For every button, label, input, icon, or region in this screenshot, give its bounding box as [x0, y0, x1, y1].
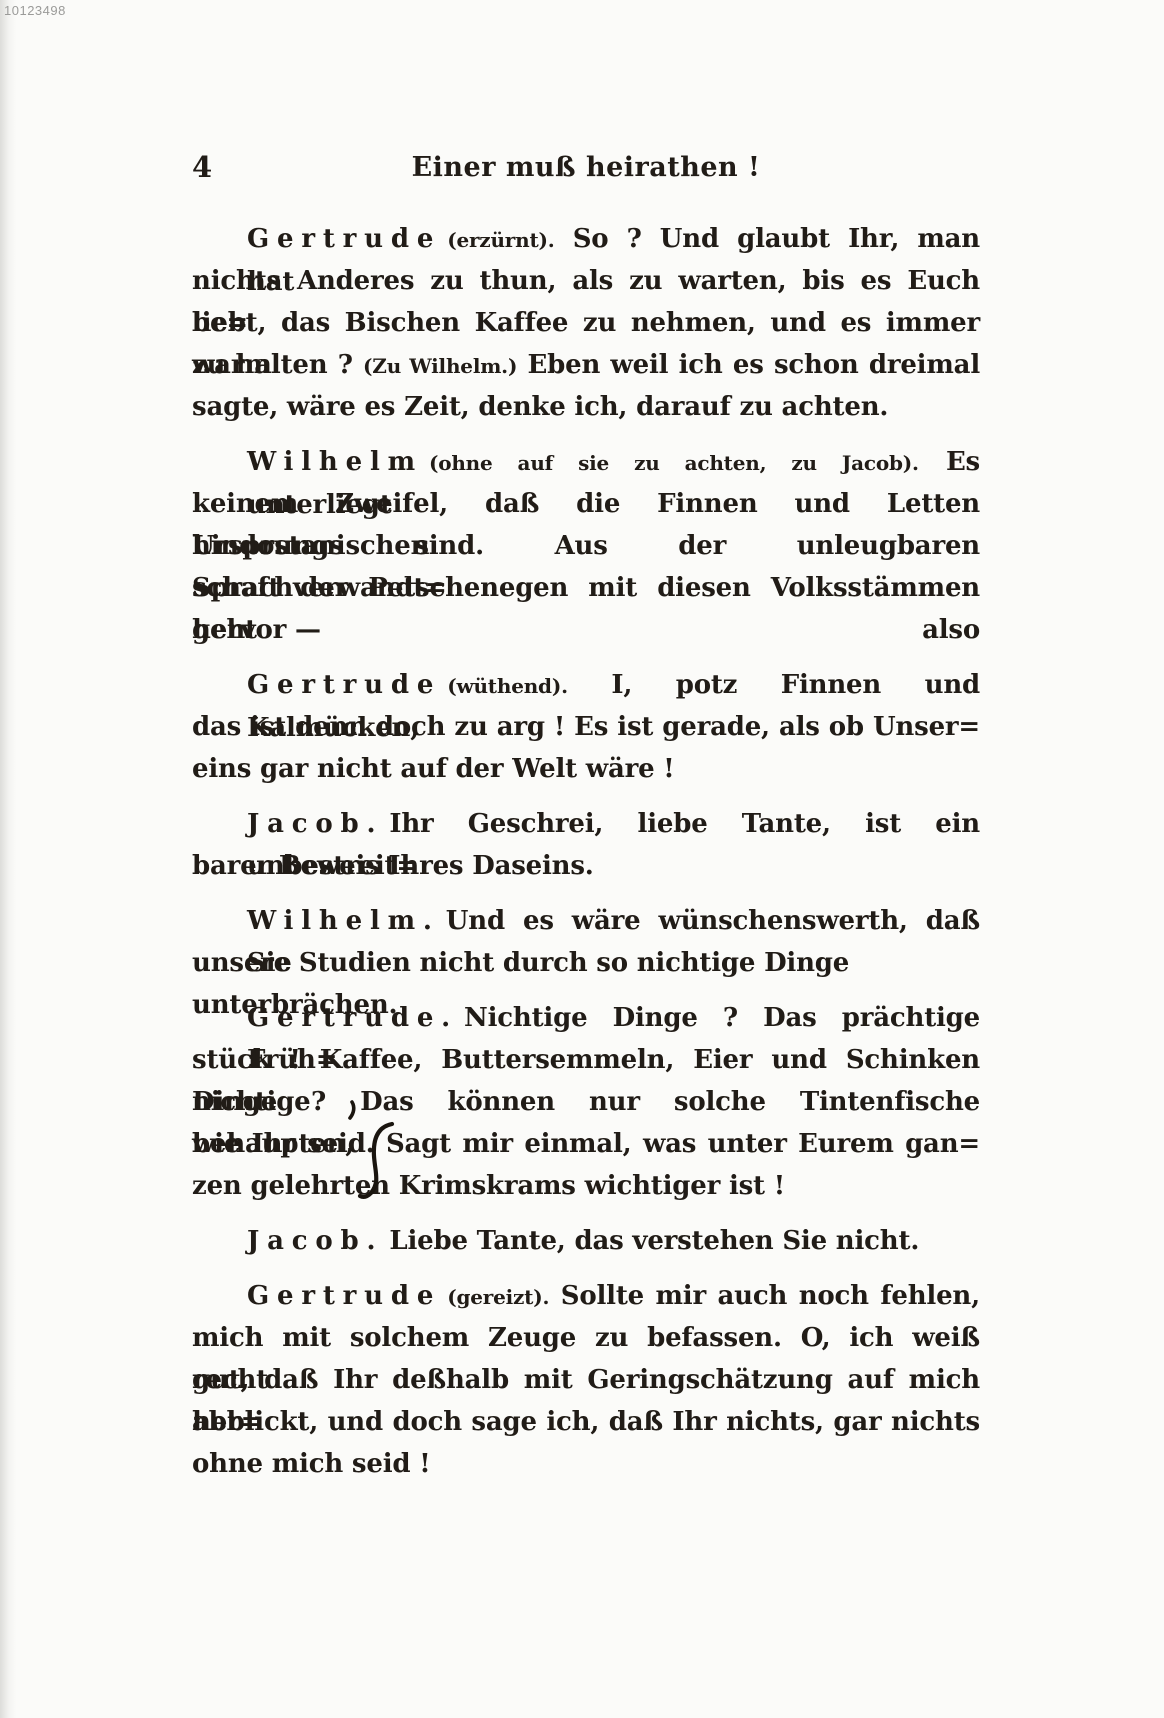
text-line: wie Ihr seid. Sagt mir einmal, was unter… — [192, 1123, 980, 1165]
speech-text: abblickt, und doch sage ich, daß Ihr nic… — [192, 1407, 980, 1437]
text-line: sagte, wäre es Zeit, denke ich, darauf z… — [192, 386, 980, 428]
speaker-name: Gertrude — [247, 670, 441, 700]
text-line: gut, daß Ihr deßhalb mit Geringschätzung… — [192, 1359, 980, 1401]
running-header: 4 Einer muß heirathen ! — [192, 150, 980, 190]
scan-id-number: 10123498 — [4, 3, 66, 18]
text-block: Gertrude(erzürnt). So ? Und glaubt Ihr, … — [192, 218, 980, 1498]
text-line: Wilhelm(ohne auf sie zu achten, zu Jacob… — [192, 441, 980, 483]
speech-text: wie Ihr seid. Sagt mir einmal, was unter… — [192, 1129, 980, 1159]
speech-text: barer Beweis Ihres Daseins. — [192, 851, 594, 881]
paragraph-gap — [192, 1262, 980, 1275]
text-line: Gertrude(wüthend). I, potz Finnen und Ka… — [192, 664, 980, 706]
paragraph-gap — [192, 428, 980, 441]
running-title: Einer muß heirathen ! — [192, 152, 980, 183]
text-line: Ursprungs sind. Aus der unleugbaren Spra… — [192, 525, 980, 567]
text-line: mich mit solchem Zeuge zu befassen. O, i… — [192, 1317, 980, 1359]
speech-text: zu halten ? — [192, 350, 363, 380]
speech-text: sagte, wäre es Zeit, denke ich, darauf z… — [192, 392, 888, 422]
speaker-name: Jacob. — [247, 809, 383, 839]
stage-direction: (erzürnt). — [447, 228, 554, 252]
text-line: keinem Zweifel, daß die Finnen und Lette… — [192, 483, 980, 525]
speech-text: das ist denn doch zu arg ! Es ist gerade… — [192, 712, 980, 742]
inline-stage-direction: (Zu Wilhelm.) — [363, 354, 517, 378]
text-line: Jacob.Liebe Tante, das verstehen Sie nic… — [192, 1220, 980, 1262]
speaker-name: Gertrude. — [247, 1003, 458, 1033]
speaker-name: Gertrude — [247, 1281, 441, 1311]
stage-direction: (wüthend). — [447, 674, 568, 698]
text-line: Dinge ? Das können nur solche Tintenfisc… — [192, 1081, 980, 1123]
paragraph-gap — [192, 887, 980, 900]
text-line: Gertrude.Nichtige Dinge ? Das prächtige … — [192, 997, 980, 1039]
paragraph-gap — [192, 651, 980, 664]
speech-text: ohne mich seid ! — [192, 1449, 430, 1479]
text-line: Gertrude(erzürnt). So ? Und glaubt Ihr, … — [192, 218, 980, 260]
speech-text: Sollte mir auch noch fehlen, — [561, 1281, 980, 1311]
text-line: unsere Studien nicht durch so nichtige D… — [192, 942, 980, 984]
paragraph-gap — [192, 1207, 980, 1220]
stage-direction: (ohne auf sie zu achten, zu Jacob). — [429, 451, 919, 475]
text-line: zen gelehrten Krimskrams wichtiger ist ! — [192, 1165, 980, 1207]
scan-left-edge — [0, 0, 16, 1718]
paragraph-gap — [192, 790, 980, 803]
text-line: liebt, das Bischen Kaffee zu nehmen, und… — [192, 302, 980, 344]
book-page: 10123498 4 Einer muß heirathen ! Gertrud… — [0, 0, 1164, 1718]
text-line: abblickt, und doch sage ich, daß Ihr nic… — [192, 1401, 980, 1443]
speaker-name: Wilhelm — [247, 447, 423, 477]
text-line: stück ! Kaffee, Buttersemmeln, Eier und … — [192, 1039, 980, 1081]
speaker-name: Gertrude — [247, 224, 441, 254]
text-line: das ist denn doch zu arg ! Es ist gerade… — [192, 706, 980, 748]
text-line: Jacob.Ihr Geschrei, liebe Tante, ist ein… — [192, 803, 980, 845]
text-line: eins gar nicht auf der Welt wäre ! — [192, 748, 980, 790]
speech-text: Liebe Tante, das verstehen Sie nicht. — [389, 1226, 919, 1256]
text-line: nichts Anderes zu thun, als zu warten, b… — [192, 260, 980, 302]
text-line: Wilhelm.Und es wäre wünschenswerth, daß … — [192, 900, 980, 942]
speech-text: Eben weil ich es schon dreimal — [517, 350, 980, 380]
speech-text: hervor — — [192, 615, 321, 645]
stage-direction: (gereizt). — [447, 1285, 549, 1309]
text-line: zu halten ? (Zu Wilhelm.) Eben weil ich … — [192, 344, 980, 386]
speaker-name: Jacob. — [247, 1226, 383, 1256]
text-line: ohne mich seid ! — [192, 1443, 980, 1485]
text-line: barer Beweis Ihres Daseins. — [192, 845, 980, 887]
text-line: schaft der Petschenegen mit diesen Volks… — [192, 567, 980, 609]
text-line: Gertrude(gereizt). Sollte mir auch noch … — [192, 1275, 980, 1317]
paragraph-gap — [192, 1485, 980, 1498]
speech-text: eins gar nicht auf der Welt wäre ! — [192, 754, 675, 784]
speaker-name: Wilhelm. — [247, 906, 440, 936]
speech-text: zen gelehrten Krimskrams wichtiger ist ! — [192, 1171, 785, 1201]
